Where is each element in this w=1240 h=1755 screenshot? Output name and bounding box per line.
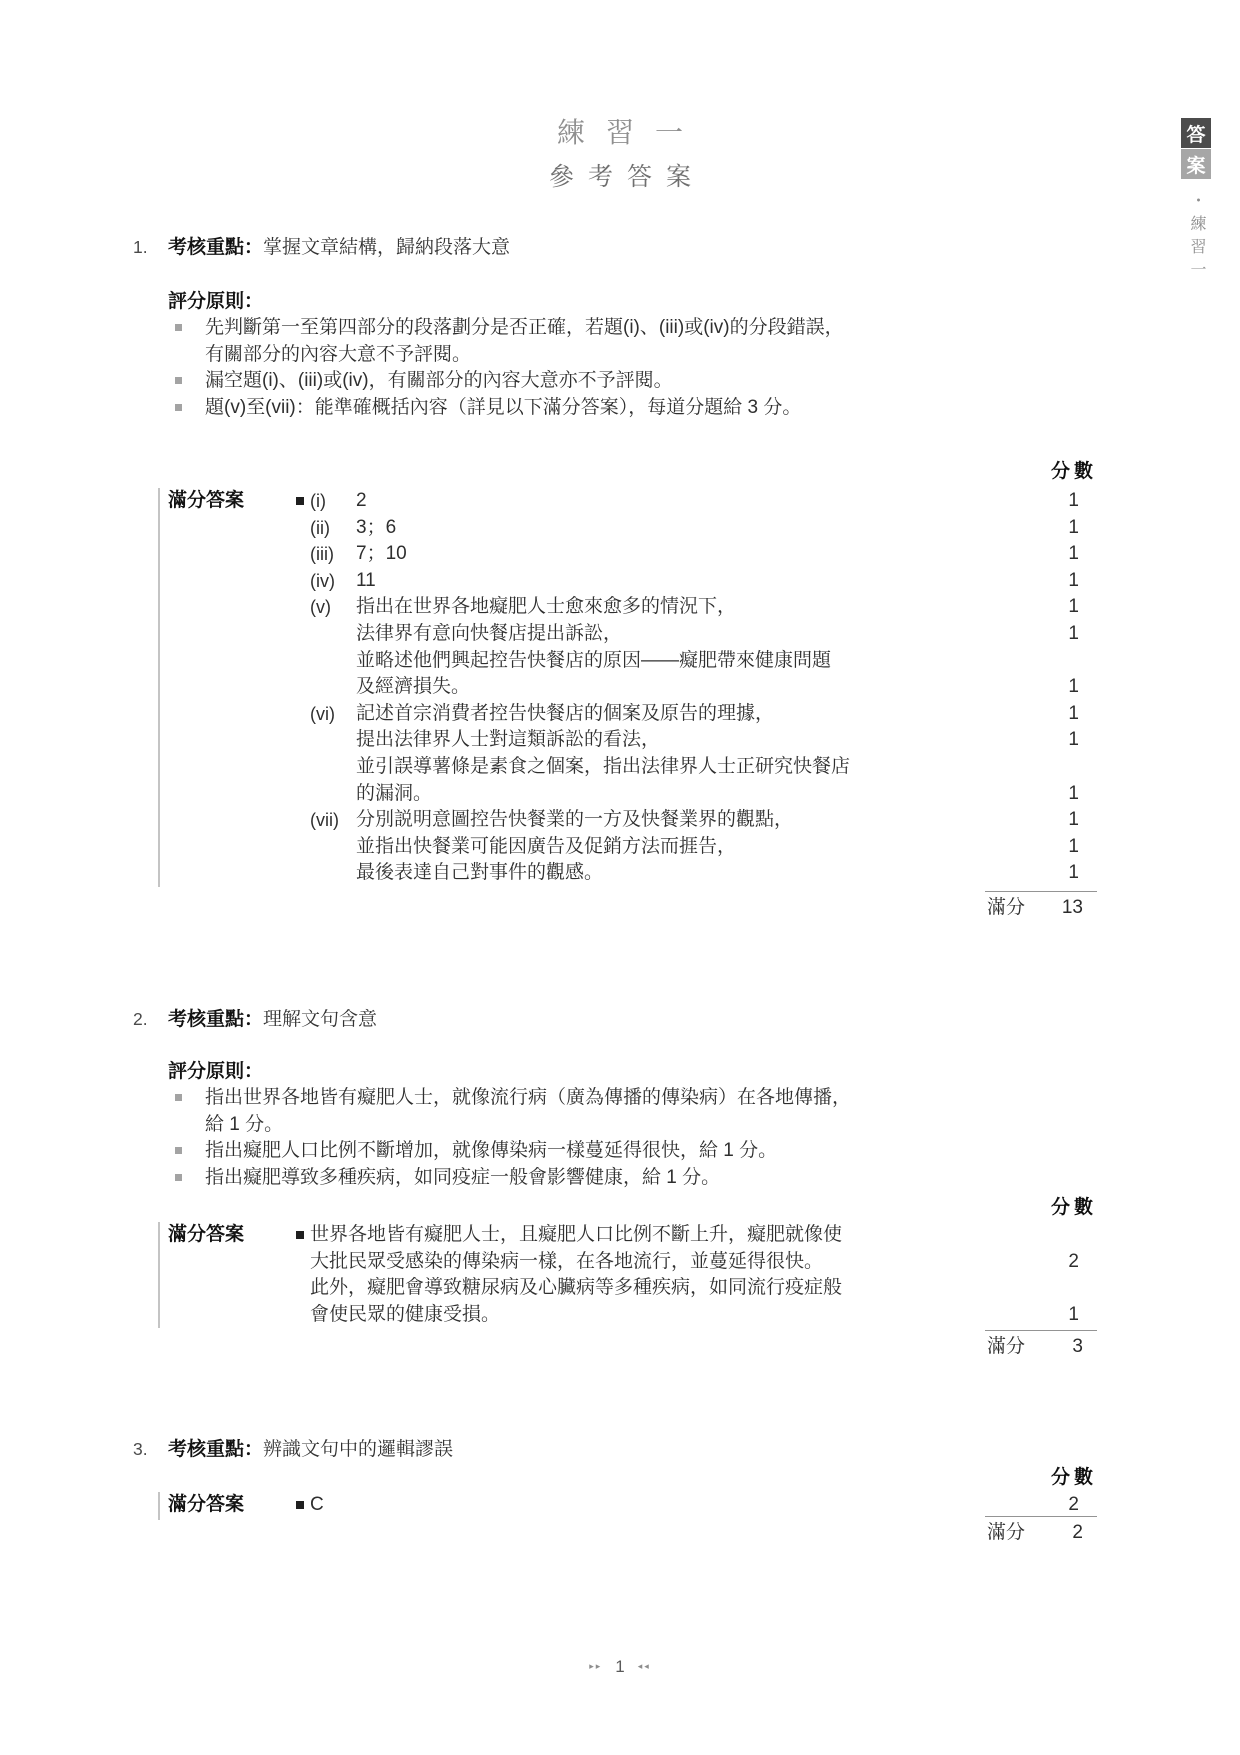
answer-numeral bbox=[310, 860, 356, 887]
focus-label: 考核重點： bbox=[168, 1009, 263, 1030]
footer-ornament-left: ▸▸ bbox=[589, 1661, 602, 1671]
answer-numeral bbox=[310, 648, 356, 675]
criteria-item-continuation: 給 1 分。 bbox=[168, 1112, 851, 1139]
answer-numeral: (v) bbox=[310, 594, 356, 621]
answer-row: 並指出快餐業可能因廣告及促銷方法而捱告，1 bbox=[310, 834, 1097, 861]
answer-text: 11 bbox=[356, 568, 1009, 595]
marking-criteria: 評分原則： 指出世界各地皆有癡肥人士，就像流行病（廣為傳播的傳染病）在各地傳播，… bbox=[168, 1058, 851, 1191]
answer-text: 及經濟損失。 bbox=[356, 674, 1009, 701]
criteria-item: 漏空題(i)、(iii)或(iv)，有關部分的內容大意亦不予評閱。 bbox=[168, 368, 844, 395]
answer-text: 的漏洞。 bbox=[356, 781, 1009, 808]
criteria-text: 先判斷第一至第四部分的段落劃分是否正確，若題(i)、(iii)或(iv)的分段錯… bbox=[205, 315, 844, 342]
answer-row: 會使民眾的健康受損。1 bbox=[310, 1302, 1097, 1329]
answer-score: 1 bbox=[1009, 488, 1097, 515]
answer-row: (vii)分別説明意圖控告快餐業的一方及快餐業界的觀點，1 bbox=[310, 807, 1097, 834]
answer-numeral bbox=[310, 621, 356, 648]
criteria-text: 給 1 分。 bbox=[205, 1112, 283, 1139]
answer-numeral bbox=[310, 834, 356, 861]
criteria-item: 指出癡肥導致多種疾病，如同疫症一般會影響健康，給 1 分。 bbox=[168, 1165, 851, 1192]
criteria-text: 有關部分的內容大意不予評閱。 bbox=[205, 342, 471, 369]
criteria-item: 先判斷第一至第四部分的段落劃分是否正確，若題(i)、(iii)或(iv)的分段錯… bbox=[168, 315, 844, 342]
answer-score: 1 bbox=[1009, 701, 1097, 728]
answer-text: 7；10 bbox=[356, 541, 1009, 568]
total-score-row: 滿分 2 bbox=[985, 1516, 1097, 1545]
answer-row: (iii)7；101 bbox=[310, 541, 1097, 568]
total-label: 滿分 bbox=[985, 1334, 1025, 1359]
full-answer-label: 滿分答案 bbox=[168, 1222, 244, 1249]
total-score-row: 滿分 3 bbox=[985, 1330, 1097, 1359]
answer-text: 並略述他們興起控告快餐店的原因——癡肥帶來健康問題 bbox=[356, 648, 1009, 675]
answer-row: 的漏洞。1 bbox=[310, 781, 1097, 808]
answer-text: 記述首宗消費者控告快餐店的個案及原告的理據， bbox=[356, 701, 1009, 728]
full-answer-label: 滿分答案 bbox=[168, 1492, 244, 1519]
criteria-item: 指出癡肥人口比例不斷增加，就像傳染病一樣蔓延得很快，給 1 分。 bbox=[168, 1138, 851, 1165]
total-value: 3 bbox=[1072, 1334, 1097, 1359]
answer-score: 1 bbox=[1009, 860, 1097, 887]
marking-criteria: 評分原則： 先判斷第一至第四部分的段落劃分是否正確，若題(i)、(iii)或(i… bbox=[168, 288, 844, 421]
answer-score: 1 bbox=[1009, 515, 1097, 542]
bullet-square-icon bbox=[168, 1085, 205, 1112]
answer-text: 指出在世界各地癡肥人士愈來愈多的情況下， bbox=[356, 594, 1009, 621]
answer-row: (ii)3；61 bbox=[310, 515, 1097, 542]
focus-label: 考核重點： bbox=[168, 1439, 263, 1460]
answer-score: 2 bbox=[1009, 1249, 1097, 1276]
answer-numeral bbox=[310, 727, 356, 754]
total-value: 2 bbox=[1072, 1520, 1097, 1545]
answer-row: C2 bbox=[310, 1492, 1097, 1519]
answer-numeral: (ii) bbox=[310, 515, 356, 542]
score-column-header: 分數 bbox=[1051, 1466, 1097, 1490]
answer-row: 最後表達自己對事件的觀感。1 bbox=[310, 860, 1097, 887]
answer-text: 2 bbox=[356, 488, 1009, 515]
document-title-block: 練習一 參考答案 bbox=[0, 117, 1240, 191]
answer-numeral: (vii) bbox=[310, 807, 356, 834]
answer-text: 提出法律界人士對這類訴訟的看法， bbox=[356, 727, 1009, 754]
answer-score bbox=[1009, 1222, 1097, 1249]
question-heading: 2. 考核重點：理解文句含意 bbox=[133, 1006, 377, 1033]
answer-text: 世界各地皆有癡肥人士，且癡肥人口比例不斷上升，癡肥就像使 bbox=[310, 1222, 1009, 1249]
answer-score bbox=[1009, 754, 1097, 781]
criteria-text: 漏空題(i)、(iii)或(iv)，有關部分的內容大意亦不予評閱。 bbox=[205, 368, 673, 395]
criteria-item: 題(v)至(vii)：能準確概括內容（詳見以下滿分答案），每道分題給 3 分。 bbox=[168, 395, 844, 422]
answer-score: 1 bbox=[1009, 807, 1097, 834]
bullet-spacer bbox=[168, 342, 205, 369]
focus-text: 理解文句含意 bbox=[263, 1009, 377, 1030]
full-answer-block: 滿分答案 C2 bbox=[158, 1492, 1097, 1520]
answer-score bbox=[1009, 1275, 1097, 1302]
criteria-item: 指出世界各地皆有癡肥人士，就像流行病（廣為傳播的傳染病）在各地傳播， bbox=[168, 1085, 851, 1112]
criteria-label: 評分原則： bbox=[168, 288, 844, 315]
total-value: 13 bbox=[1062, 895, 1097, 920]
page-footer: ▸▸1◂◂ bbox=[0, 1657, 1240, 1677]
answer-numeral bbox=[310, 754, 356, 781]
bullet-square-icon bbox=[168, 1138, 205, 1165]
score-column-header: 分數 bbox=[1051, 1196, 1097, 1220]
answer-score: 1 bbox=[1009, 541, 1097, 568]
page-subtitle: 參考答案 bbox=[0, 163, 1240, 191]
answer-row: 世界各地皆有癡肥人士，且癡肥人口比例不斷上升，癡肥就像使 bbox=[310, 1222, 1097, 1249]
full-answer-block: 滿分答案 (i)21 (ii)3；61 (iii)7；101 (iv)111 (… bbox=[158, 488, 1097, 887]
question-number: 2. bbox=[133, 1006, 168, 1033]
answer-numeral: (vi) bbox=[310, 701, 356, 728]
answer-row: (i)21 bbox=[310, 488, 1097, 515]
answer-numeral bbox=[310, 674, 356, 701]
answer-text: 大批民眾受感染的傳染病一樣，在各地流行，並蔓延得很快。 bbox=[310, 1249, 1009, 1276]
answer-numeral: (iv) bbox=[310, 568, 356, 595]
answer-text: 3；6 bbox=[356, 515, 1009, 542]
answer-text: 此外，癡肥會導致糖尿病及心臟病等多種疾病，如同流行疫症般 bbox=[310, 1275, 1009, 1302]
side-tab-vertical-label: ・練習一 bbox=[1181, 192, 1211, 284]
focus-text: 辨識文句中的邏輯謬誤 bbox=[263, 1439, 453, 1460]
bullet-square-icon bbox=[296, 497, 304, 505]
focus-label: 考核重點： bbox=[168, 237, 263, 258]
answer-row: 大批民眾受感染的傳染病一樣，在各地流行，並蔓延得很快。2 bbox=[310, 1249, 1097, 1276]
answer-score: 1 bbox=[1009, 674, 1097, 701]
answer-numeral: (iii) bbox=[310, 541, 356, 568]
answer-row: (iv)111 bbox=[310, 568, 1097, 595]
focus-text: 掌握文章結構，歸納段落大意 bbox=[263, 237, 510, 258]
criteria-text: 指出世界各地皆有癡肥人士，就像流行病（廣為傳播的傳染病）在各地傳播， bbox=[205, 1085, 851, 1112]
full-answer-block: 滿分答案 世界各地皆有癡肥人士，且癡肥人口比例不斷上升，癡肥就像使 大批民眾受感… bbox=[158, 1222, 1097, 1328]
total-label: 滿分 bbox=[985, 895, 1025, 920]
answer-text: 並指出快餐業可能因廣告及促銷方法而捱告， bbox=[356, 834, 1009, 861]
criteria-item-continuation: 有關部分的內容大意不予評閱。 bbox=[168, 342, 844, 369]
full-answer-label: 滿分答案 bbox=[168, 488, 244, 515]
answer-score: 1 bbox=[1009, 781, 1097, 808]
answer-row: 法律界有意向快餐店提出訴訟，1 bbox=[310, 621, 1097, 648]
answer-score bbox=[1009, 648, 1097, 675]
bullet-square-icon bbox=[168, 368, 205, 395]
answer-numeral bbox=[310, 781, 356, 808]
answer-score: 2 bbox=[1009, 1492, 1097, 1519]
answer-score: 1 bbox=[1009, 1302, 1097, 1329]
answer-row: (v)指出在世界各地癡肥人士愈來愈多的情況下，1 bbox=[310, 594, 1097, 621]
criteria-label: 評分原則： bbox=[168, 1058, 851, 1085]
page-number: 1 bbox=[615, 1657, 624, 1676]
bullet-square-icon bbox=[296, 1231, 304, 1239]
answer-row: (vi)記述首宗消費者控告快餐店的個案及原告的理據，1 bbox=[310, 701, 1097, 728]
page-title: 練習一 bbox=[0, 117, 1240, 149]
answer-text: 會使民眾的健康受損。 bbox=[310, 1302, 1009, 1329]
bullet-square-icon bbox=[168, 1165, 205, 1192]
score-column-header: 分數 bbox=[1051, 460, 1097, 484]
answer-text: 最後表達自己對事件的觀感。 bbox=[356, 860, 1009, 887]
answer-text: C bbox=[310, 1492, 1009, 1519]
answer-row: 此外，癡肥會導致糖尿病及心臟病等多種疾病，如同流行疫症般 bbox=[310, 1275, 1097, 1302]
bullet-square-icon bbox=[168, 315, 205, 342]
answer-text: 法律界有意向快餐店提出訴訟， bbox=[356, 621, 1009, 648]
answer-text: 並引誤導薯條是素食之個案，指出法律界人士正研究快餐店 bbox=[356, 754, 1009, 781]
answer-score: 1 bbox=[1009, 594, 1097, 621]
total-label: 滿分 bbox=[985, 1520, 1025, 1545]
answer-row: 提出法律界人士對這類訴訟的看法，1 bbox=[310, 727, 1097, 754]
question-number: 3. bbox=[133, 1436, 168, 1463]
question-number: 1. bbox=[133, 234, 168, 261]
answer-row: 及經濟損失。1 bbox=[310, 674, 1097, 701]
bullet-spacer bbox=[168, 1112, 205, 1139]
answer-score: 1 bbox=[1009, 834, 1097, 861]
bullet-square-icon bbox=[296, 1501, 304, 1509]
answer-row: 並略述他們興起控告快餐店的原因——癡肥帶來健康問題 bbox=[310, 648, 1097, 675]
answer-score: 1 bbox=[1009, 727, 1097, 754]
answer-text: 分別説明意圖控告快餐業的一方及快餐業界的觀點， bbox=[356, 807, 1009, 834]
criteria-text: 指出癡肥導致多種疾病，如同疫症一般會影響健康，給 1 分。 bbox=[205, 1165, 720, 1192]
answer-key-page: 答 案 ・練習一 練習一 參考答案 1. 考核重點：掌握文章結構，歸納段落大意 … bbox=[0, 0, 1240, 1755]
answer-numeral: (i) bbox=[310, 488, 356, 515]
criteria-text: 指出癡肥人口比例不斷增加，就像傳染病一樣蔓延得很快，給 1 分。 bbox=[205, 1138, 777, 1165]
answer-row: 並引誤導薯條是素食之個案，指出法律界人士正研究快餐店 bbox=[310, 754, 1097, 781]
footer-ornament-right: ◂◂ bbox=[638, 1661, 651, 1671]
bullet-square-icon bbox=[168, 395, 205, 422]
question-heading: 1. 考核重點：掌握文章結構，歸納段落大意 bbox=[133, 234, 510, 261]
total-score-row: 滿分 13 bbox=[985, 891, 1097, 920]
answer-score: 1 bbox=[1009, 568, 1097, 595]
question-heading: 3. 考核重點：辨識文句中的邏輯謬誤 bbox=[133, 1436, 453, 1463]
answer-score: 1 bbox=[1009, 621, 1097, 648]
criteria-text: 題(v)至(vii)：能準確概括內容（詳見以下滿分答案），每道分題給 3 分。 bbox=[205, 395, 801, 422]
